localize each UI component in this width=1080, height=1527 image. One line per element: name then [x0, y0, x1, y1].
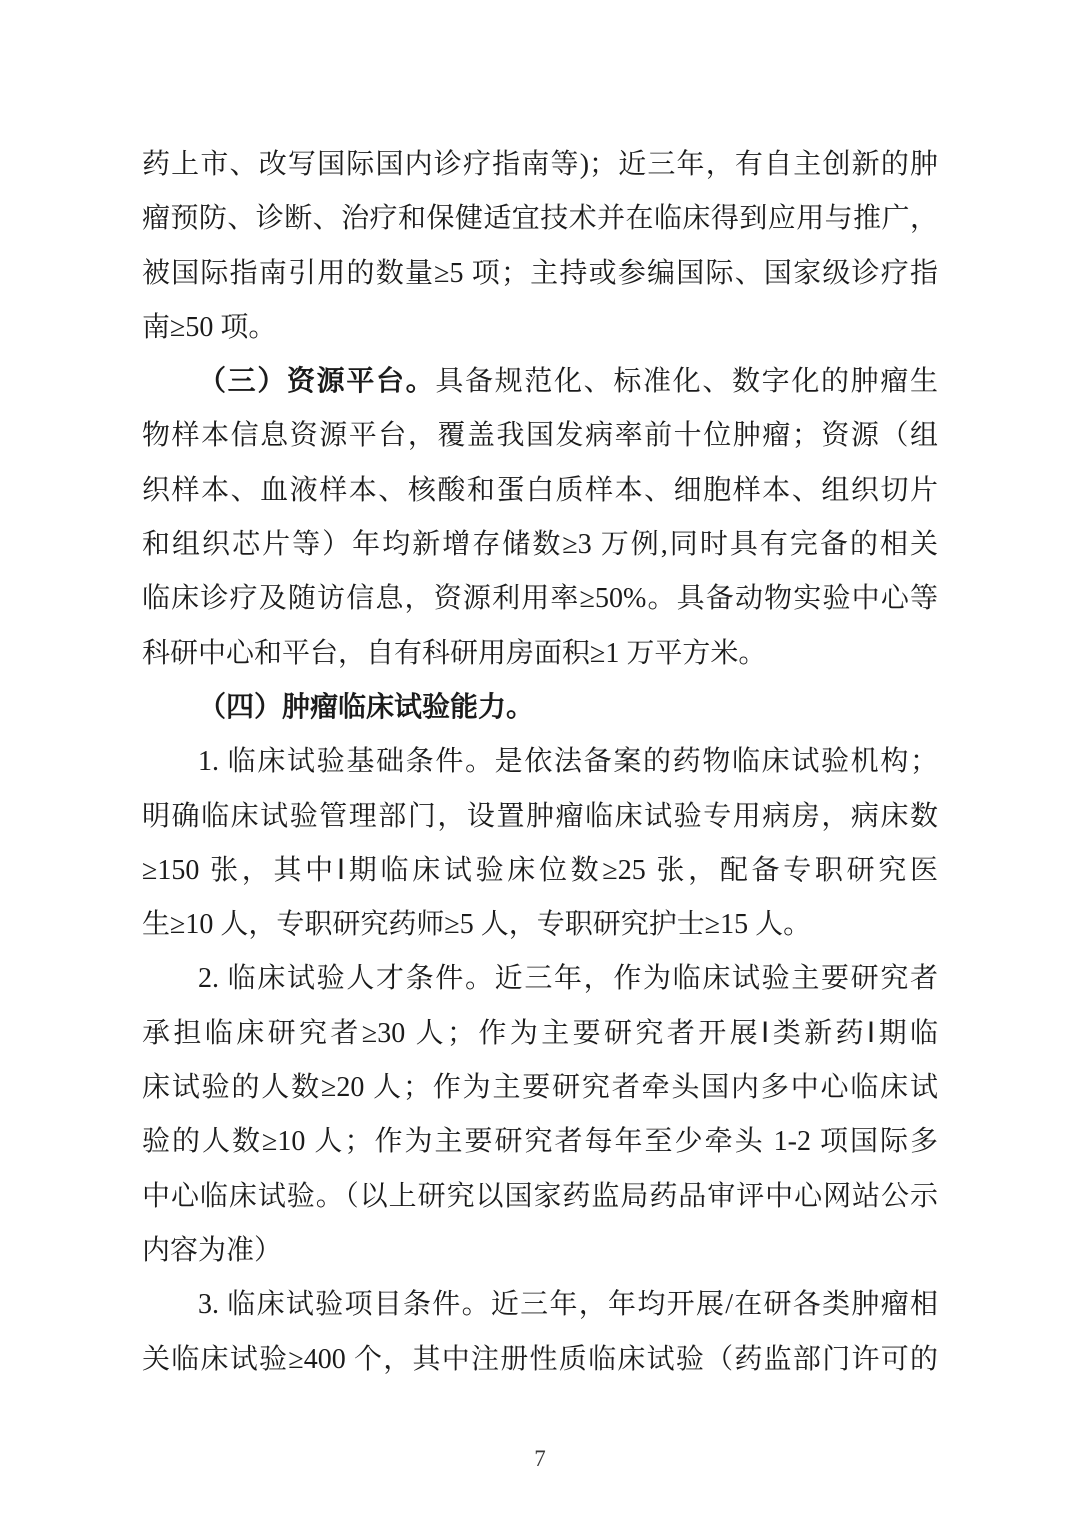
document-line: （三）资源平台。具备规范化、标准化、数字化的肿瘤生 — [142, 355, 938, 409]
document-line: 和组织芯片等）年均新增存储数≥3 万例,同时具有完备的相关 — [142, 518, 938, 572]
body-text: 药上市、改写国际国内诊疗指南等)；近三年，有自主创新的肿 — [142, 149, 938, 180]
document-line: 关临床试验≥400 个，其中注册性质临床试验（药监部门许可的 — [142, 1333, 938, 1387]
body-text: 验的人数≥10 人；作为主要研究者每年至少牵头 1-2 项国际多 — [142, 1126, 938, 1157]
body-text: 物样本信息资源平台，覆盖我国发病率前十位肿瘤；资源（组 — [142, 420, 938, 451]
body-text: 瘤预防、诊断、治疗和保健适宜技术并在临床得到应用与推广， — [142, 203, 938, 234]
document-line: 科研中心和平台，自有科研用房面积≥1 万平方米。 — [142, 627, 938, 681]
body-text: 2. 临床试验人才条件。近三年，作为临床试验主要研究者 — [198, 963, 938, 994]
body-text: 3. 临床试验项目条件。近三年，年均开展/在研各类肿瘤相 — [198, 1289, 938, 1320]
paragraph-item-3-clinical-trial-projects: 3. 临床试验项目条件。近三年，年均开展/在研各类肿瘤相关临床试验≥400 个，… — [142, 1278, 938, 1387]
body-text: 被国际指南引用的数量≥5 项；主持或参编国际、国家级诊疗指 — [142, 258, 938, 289]
heading-text: （四）肿瘤临床试验能力。 — [198, 692, 534, 723]
body-text: 和组织芯片等）年均新增存储数≥3 万例,同时具有完备的相关 — [142, 529, 938, 560]
heading-section-4-clinical-trial-capability: （四）肿瘤临床试验能力。 — [142, 681, 938, 735]
body-text: 承担临床研究者≥30 人；作为主要研究者开展Ⅰ类新药Ⅰ期临 — [142, 1018, 938, 1049]
document-line: 瘤预防、诊断、治疗和保健适宜技术并在临床得到应用与推广， — [142, 192, 938, 246]
document-line: 生≥10 人，专职研究药师≥5 人，专职研究护士≥15 人。 — [142, 898, 938, 952]
body-text: 1. 临床试验基础条件。是依法备案的药物临床试验机构； — [198, 746, 938, 777]
document-line: 承担临床研究者≥30 人；作为主要研究者开展Ⅰ类新药Ⅰ期临 — [142, 1007, 938, 1061]
body-text: 中心临床试验。（以上研究以国家药监局药品审评中心网站公示 — [142, 1181, 938, 1212]
document-line: 床试验的人数≥20 人；作为主要研究者牵头国内多中心临床试 — [142, 1061, 938, 1115]
document-line: 1. 临床试验基础条件。是依法备案的药物临床试验机构； — [142, 735, 938, 789]
paragraph-item-2-clinical-trial-talent: 2. 临床试验人才条件。近三年，作为临床试验主要研究者承担临床研究者≥30 人；… — [142, 952, 938, 1278]
document-line: 织样本、血液样本、核酸和蛋白质样本、细胞样本、组织切片 — [142, 464, 938, 518]
body-text: ≥150 张，其中Ⅰ期临床试验床位数≥25 张，配备专职研究医 — [142, 855, 938, 886]
body-text: 织样本、血液样本、核酸和蛋白质样本、细胞样本、组织切片 — [142, 475, 938, 506]
document-body: 药上市、改写国际国内诊疗指南等)；近三年，有自主创新的肿瘤预防、诊断、治疗和保健… — [142, 138, 938, 1387]
paragraph-continuation: 药上市、改写国际国内诊疗指南等)；近三年，有自主创新的肿瘤预防、诊断、治疗和保健… — [142, 138, 938, 355]
body-text: 关临床试验≥400 个，其中注册性质临床试验（药监部门许可的 — [142, 1344, 938, 1375]
document-line: 验的人数≥10 人；作为主要研究者每年至少牵头 1-2 项国际多 — [142, 1115, 938, 1169]
document-line: 3. 临床试验项目条件。近三年，年均开展/在研各类肿瘤相 — [142, 1278, 938, 1332]
body-text: 南≥50 项。 — [142, 312, 276, 343]
document-line: 明确临床试验管理部门，设置肿瘤临床试验专用病房，病床数 — [142, 790, 938, 844]
document-line: 南≥50 项。 — [142, 301, 938, 355]
body-text: 具备规范化、标准化、数字化的肿瘤生 — [435, 366, 938, 397]
document-line: 被国际指南引用的数量≥5 项；主持或参编国际、国家级诊疗指 — [142, 247, 938, 301]
body-text: 床试验的人数≥20 人；作为主要研究者牵头国内多中心临床试 — [142, 1072, 938, 1103]
document-line: 2. 临床试验人才条件。近三年，作为临床试验主要研究者 — [142, 952, 938, 1006]
document-line: 中心临床试验。（以上研究以国家药监局药品审评中心网站公示 — [142, 1170, 938, 1224]
page-number: 7 — [0, 1446, 1080, 1472]
document-line: ≥150 张，其中Ⅰ期临床试验床位数≥25 张，配备专职研究医 — [142, 844, 938, 898]
body-text: 内容为准） — [142, 1235, 282, 1266]
document-line: 内容为准） — [142, 1224, 938, 1278]
document-line: 药上市、改写国际国内诊疗指南等)；近三年，有自主创新的肿 — [142, 138, 938, 192]
body-text: 生≥10 人，专职研究药师≥5 人，专职研究护士≥15 人。 — [142, 909, 811, 940]
body-text: 临床诊疗及随访信息，资源利用率≥50%。具备动物实验中心等 — [142, 583, 938, 614]
body-text: 科研中心和平台，自有科研用房面积≥1 万平方米。 — [142, 638, 766, 669]
paragraph-section-3-resource-platform: （三）资源平台。具备规范化、标准化、数字化的肿瘤生物样本信息资源平台，覆盖我国发… — [142, 355, 938, 681]
body-text: 明确临床试验管理部门，设置肿瘤临床试验专用病房，病床数 — [142, 801, 938, 832]
document-line: （四）肿瘤临床试验能力。 — [142, 681, 938, 735]
paragraph-item-1-clinical-trial-basics: 1. 临床试验基础条件。是依法备案的药物临床试验机构；明确临床试验管理部门，设置… — [142, 735, 938, 952]
heading-text: （三）资源平台。 — [198, 366, 435, 397]
document-line: 临床诊疗及随访信息，资源利用率≥50%。具备动物实验中心等 — [142, 572, 938, 626]
document-line: 物样本信息资源平台，覆盖我国发病率前十位肿瘤；资源（组 — [142, 409, 938, 463]
